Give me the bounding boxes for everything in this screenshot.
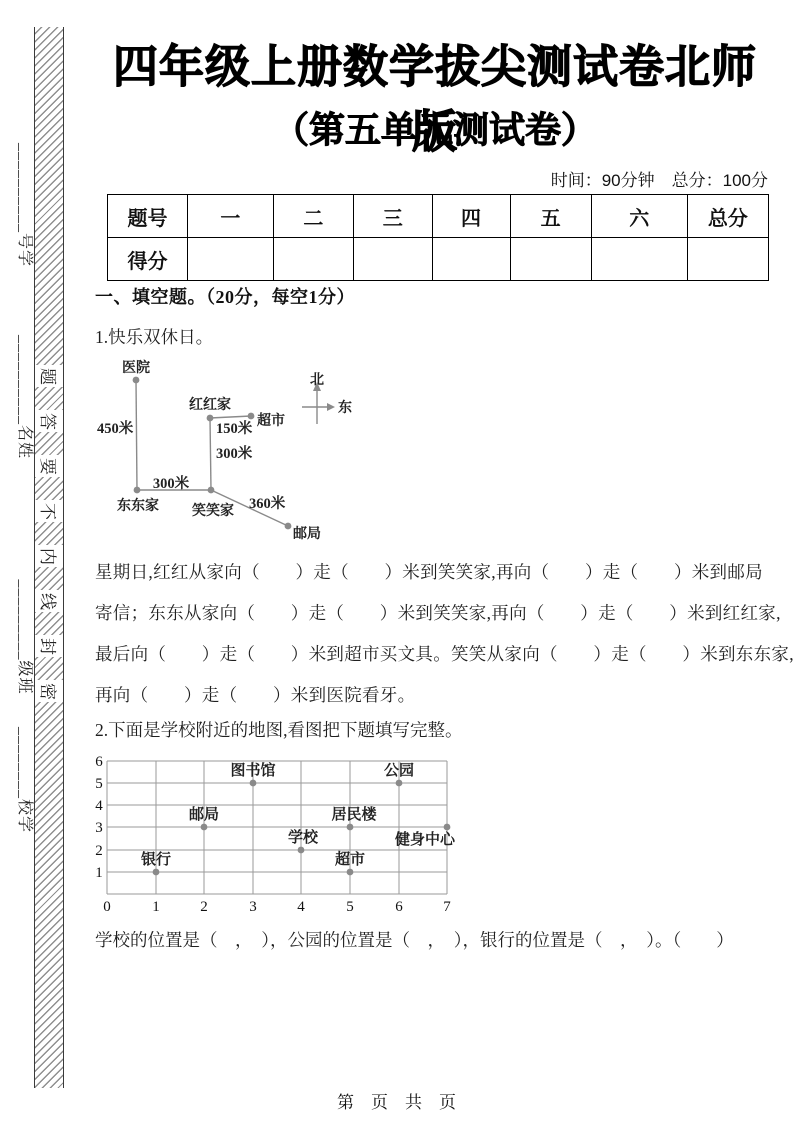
page-footer: 第 页 共 页: [0, 1088, 793, 1113]
distance-150m: 150米: [216, 420, 253, 437]
seal-line-text: 题 答 要 不 内 线 封 密: [35, 365, 63, 702]
score-table-empty-cell: [353, 238, 432, 281]
score-table-empty-cell: [510, 238, 591, 281]
question2-grid-map: 0 1 2 3 4 5 6 7 1 2 3 4 5 6 银行 邮局 图书馆 学校…: [95, 746, 495, 918]
score-table-cell: 五: [510, 195, 591, 238]
seal-char: 要: [35, 455, 63, 477]
svg-text:6: 6: [395, 899, 403, 915]
score-table-cell: 得分: [108, 238, 188, 281]
question2-intro: 2.下面是学校附近的地图,看图把下题填写完整。: [95, 717, 463, 742]
question1-line: 最后向（ ）走（ ）米到超市买文具。笑笑从家向（ ）走（ ）米到东东家,: [95, 634, 775, 675]
seal-char: 题: [35, 365, 63, 387]
seal-char: 封: [35, 635, 63, 657]
svg-text:7: 7: [443, 899, 451, 915]
question1-intro: 1.快乐双休日。: [95, 324, 213, 349]
question1-line: 寄信；东东从家向（ ）走（ ）米到笑笑家,再向（ ）走（ ）米到红红家,: [95, 593, 775, 634]
distance-360m: 360米: [249, 495, 286, 512]
score-table-cell: 六: [591, 195, 687, 238]
seal-char: 密: [35, 680, 63, 702]
grid-place-fitness-center: 健身中心: [394, 830, 456, 848]
grid-place-supermarket: 超市: [335, 850, 365, 868]
svg-text:2: 2: [95, 843, 103, 859]
page-subtitle: （第五单元测试卷）: [95, 102, 775, 153]
x-axis-ticks: 0 1 2 3 4 5 6 7: [103, 899, 451, 915]
score-table-score-row: 得分: [108, 238, 769, 281]
svg-text:0: 0: [103, 899, 111, 915]
student-id-field: __________号学: [13, 135, 35, 275]
grid-place-residential: 居民楼: [331, 805, 377, 823]
grid-place-bank: 银行: [141, 850, 171, 868]
seal-char: 线: [35, 590, 63, 612]
place-dongdong-home: 东东家: [117, 497, 159, 514]
question2-answer-line: 学校的位置是（ ， ），公园的位置是（ ， ），银行的位置是（ ， ）。（ ）: [95, 927, 734, 952]
svg-text:2: 2: [200, 899, 208, 915]
compass-icon: 北 东: [302, 372, 352, 424]
score-table-empty-cell: [591, 238, 687, 281]
compass-east-label: 东: [338, 399, 352, 416]
question1-text: 星期日,红红从家向（ ）走（ ）米到笑笑家,再向（ ）走（ ）米到邮局 寄信；东…: [95, 552, 775, 716]
score-table-cell: 一: [187, 195, 273, 238]
section-one-heading: 一、填空题。（20分，每空1分）: [95, 283, 355, 309]
grid-place-library: 图书馆: [230, 761, 276, 779]
time-score-info: 时间：90分钟 总分：100分: [551, 166, 768, 191]
svg-text:4: 4: [297, 899, 305, 915]
seal-char: 答: [35, 410, 63, 432]
place-honghong-home: 红红家: [189, 396, 231, 413]
score-table-cell: 总分: [687, 195, 768, 238]
seal-line-band: 题 答 要 不 内 线 封 密: [34, 27, 64, 1088]
seal-char: 内: [35, 545, 63, 567]
score-table-empty-cell: [432, 238, 510, 281]
score-table-header-row: 题号 一 二 三 四 五 六 总分: [108, 195, 769, 238]
grid-place-post-office: 邮局: [189, 806, 219, 823]
score-table-cell: 题号: [108, 195, 188, 238]
place-xiaoxiao-home: 笑笑家: [192, 502, 234, 519]
distance-300m-horizontal: 300米: [153, 475, 190, 492]
svg-text:5: 5: [346, 899, 354, 915]
question1-route-map: 医院 红红家 超市 东东家 笑笑家 邮局 450米 150米 300米 300米…: [85, 352, 365, 552]
svg-text:5: 5: [95, 776, 103, 792]
school-field: ________校学: [13, 715, 35, 845]
score-table-empty-cell: [187, 238, 273, 281]
score-table: 题号 一 二 三 四 五 六 总分 得分: [107, 194, 769, 281]
place-hospital: 医院: [122, 359, 150, 376]
grid-place-school: 学校: [288, 828, 319, 846]
svg-text:3: 3: [95, 820, 103, 836]
score-table-empty-cell: [273, 238, 353, 281]
svg-text:4: 4: [95, 798, 103, 814]
name-field: __________名姓: [13, 327, 35, 467]
compass-north-label: 北: [310, 372, 324, 388]
question1-line: 再向（ ）走（ ）米到医院看牙。: [95, 675, 775, 716]
score-table-cell: 四: [432, 195, 510, 238]
class-field: _________级班: [13, 567, 35, 707]
question1-line: 星期日,红红从家向（ ）走（ ）米到笑笑家,再向（ ）走（ ）米到邮局: [95, 552, 775, 593]
grid-place-park: 公园: [384, 762, 414, 779]
seal-char: 不: [35, 500, 63, 522]
exam-paper-page: __________号学 __________名姓 _________级班 __…: [0, 0, 793, 1122]
compass-east-arrow: [327, 403, 335, 411]
y-axis-ticks: 1 2 3 4 5 6: [95, 754, 103, 881]
score-table-cell: 三: [353, 195, 432, 238]
place-supermarket: 超市: [257, 412, 285, 429]
place-post-office: 邮局: [293, 526, 321, 542]
distance-300m-vertical: 300米: [216, 445, 253, 462]
svg-text:1: 1: [152, 899, 160, 915]
score-table-empty-cell: [687, 238, 768, 281]
score-table-cell: 二: [273, 195, 353, 238]
svg-text:3: 3: [249, 899, 257, 915]
distance-450m: 450米: [97, 420, 134, 437]
svg-text:6: 6: [95, 754, 103, 770]
svg-text:1: 1: [95, 865, 103, 881]
